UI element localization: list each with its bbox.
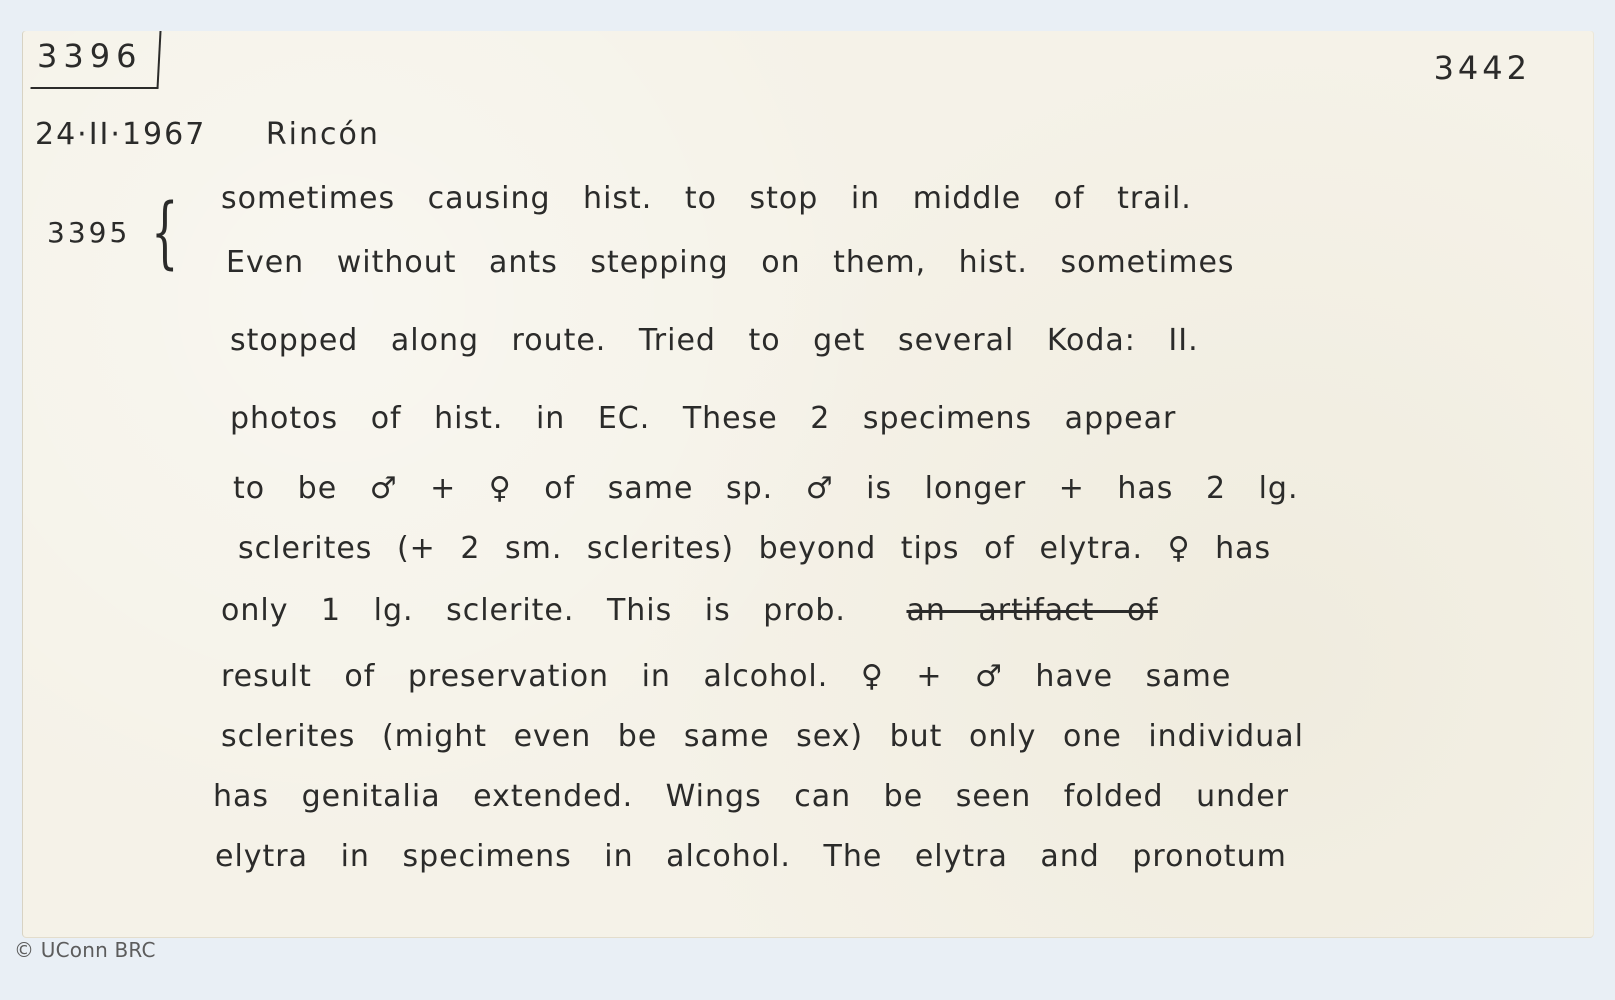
note-line-text: only 1 lg. sclerite. This is prob.: [221, 593, 846, 628]
note-line: stopped along route. Tried to get severa…: [230, 323, 1199, 358]
bracket-specimen-number: 3395: [47, 216, 130, 249]
note-line: has genitalia extended. Wings can be see…: [213, 779, 1289, 814]
date-location-heading: 24·II·1967 Rincón: [35, 117, 380, 152]
copyright-notice: © UConn BRC: [14, 938, 156, 962]
curly-brace-icon: {: [151, 194, 178, 272]
card-id-number: 3396: [37, 37, 142, 75]
note-line: sometimes causing hist. to stop in middl…: [221, 181, 1192, 216]
note-line: sclerites (+ 2 sm. sclerites) beyond tip…: [238, 531, 1271, 566]
struck-out-text: an artifact of: [906, 593, 1157, 628]
note-line: sclerites (might even be same sex) but o…: [221, 719, 1304, 754]
card-reference-number: 3442: [1434, 49, 1531, 87]
note-line-with-strike: only 1 lg. sclerite. This is prob. an ar…: [221, 593, 1158, 628]
note-line: elytra in specimens in alcohol. The elyt…: [215, 839, 1287, 874]
note-line: photos of hist. in EC. These 2 specimens…: [230, 401, 1176, 436]
note-line: Even without ants stepping on them, hist…: [226, 245, 1235, 280]
note-line: to be ♂ + ♀ of same sp. ♂ is longer + ha…: [233, 471, 1299, 506]
note-line: result of preservation in alcohol. ♀ + ♂…: [221, 659, 1231, 694]
field-note-card: 3396 3442 24·II·1967 Rincón 3395 { somet…: [23, 31, 1593, 937]
